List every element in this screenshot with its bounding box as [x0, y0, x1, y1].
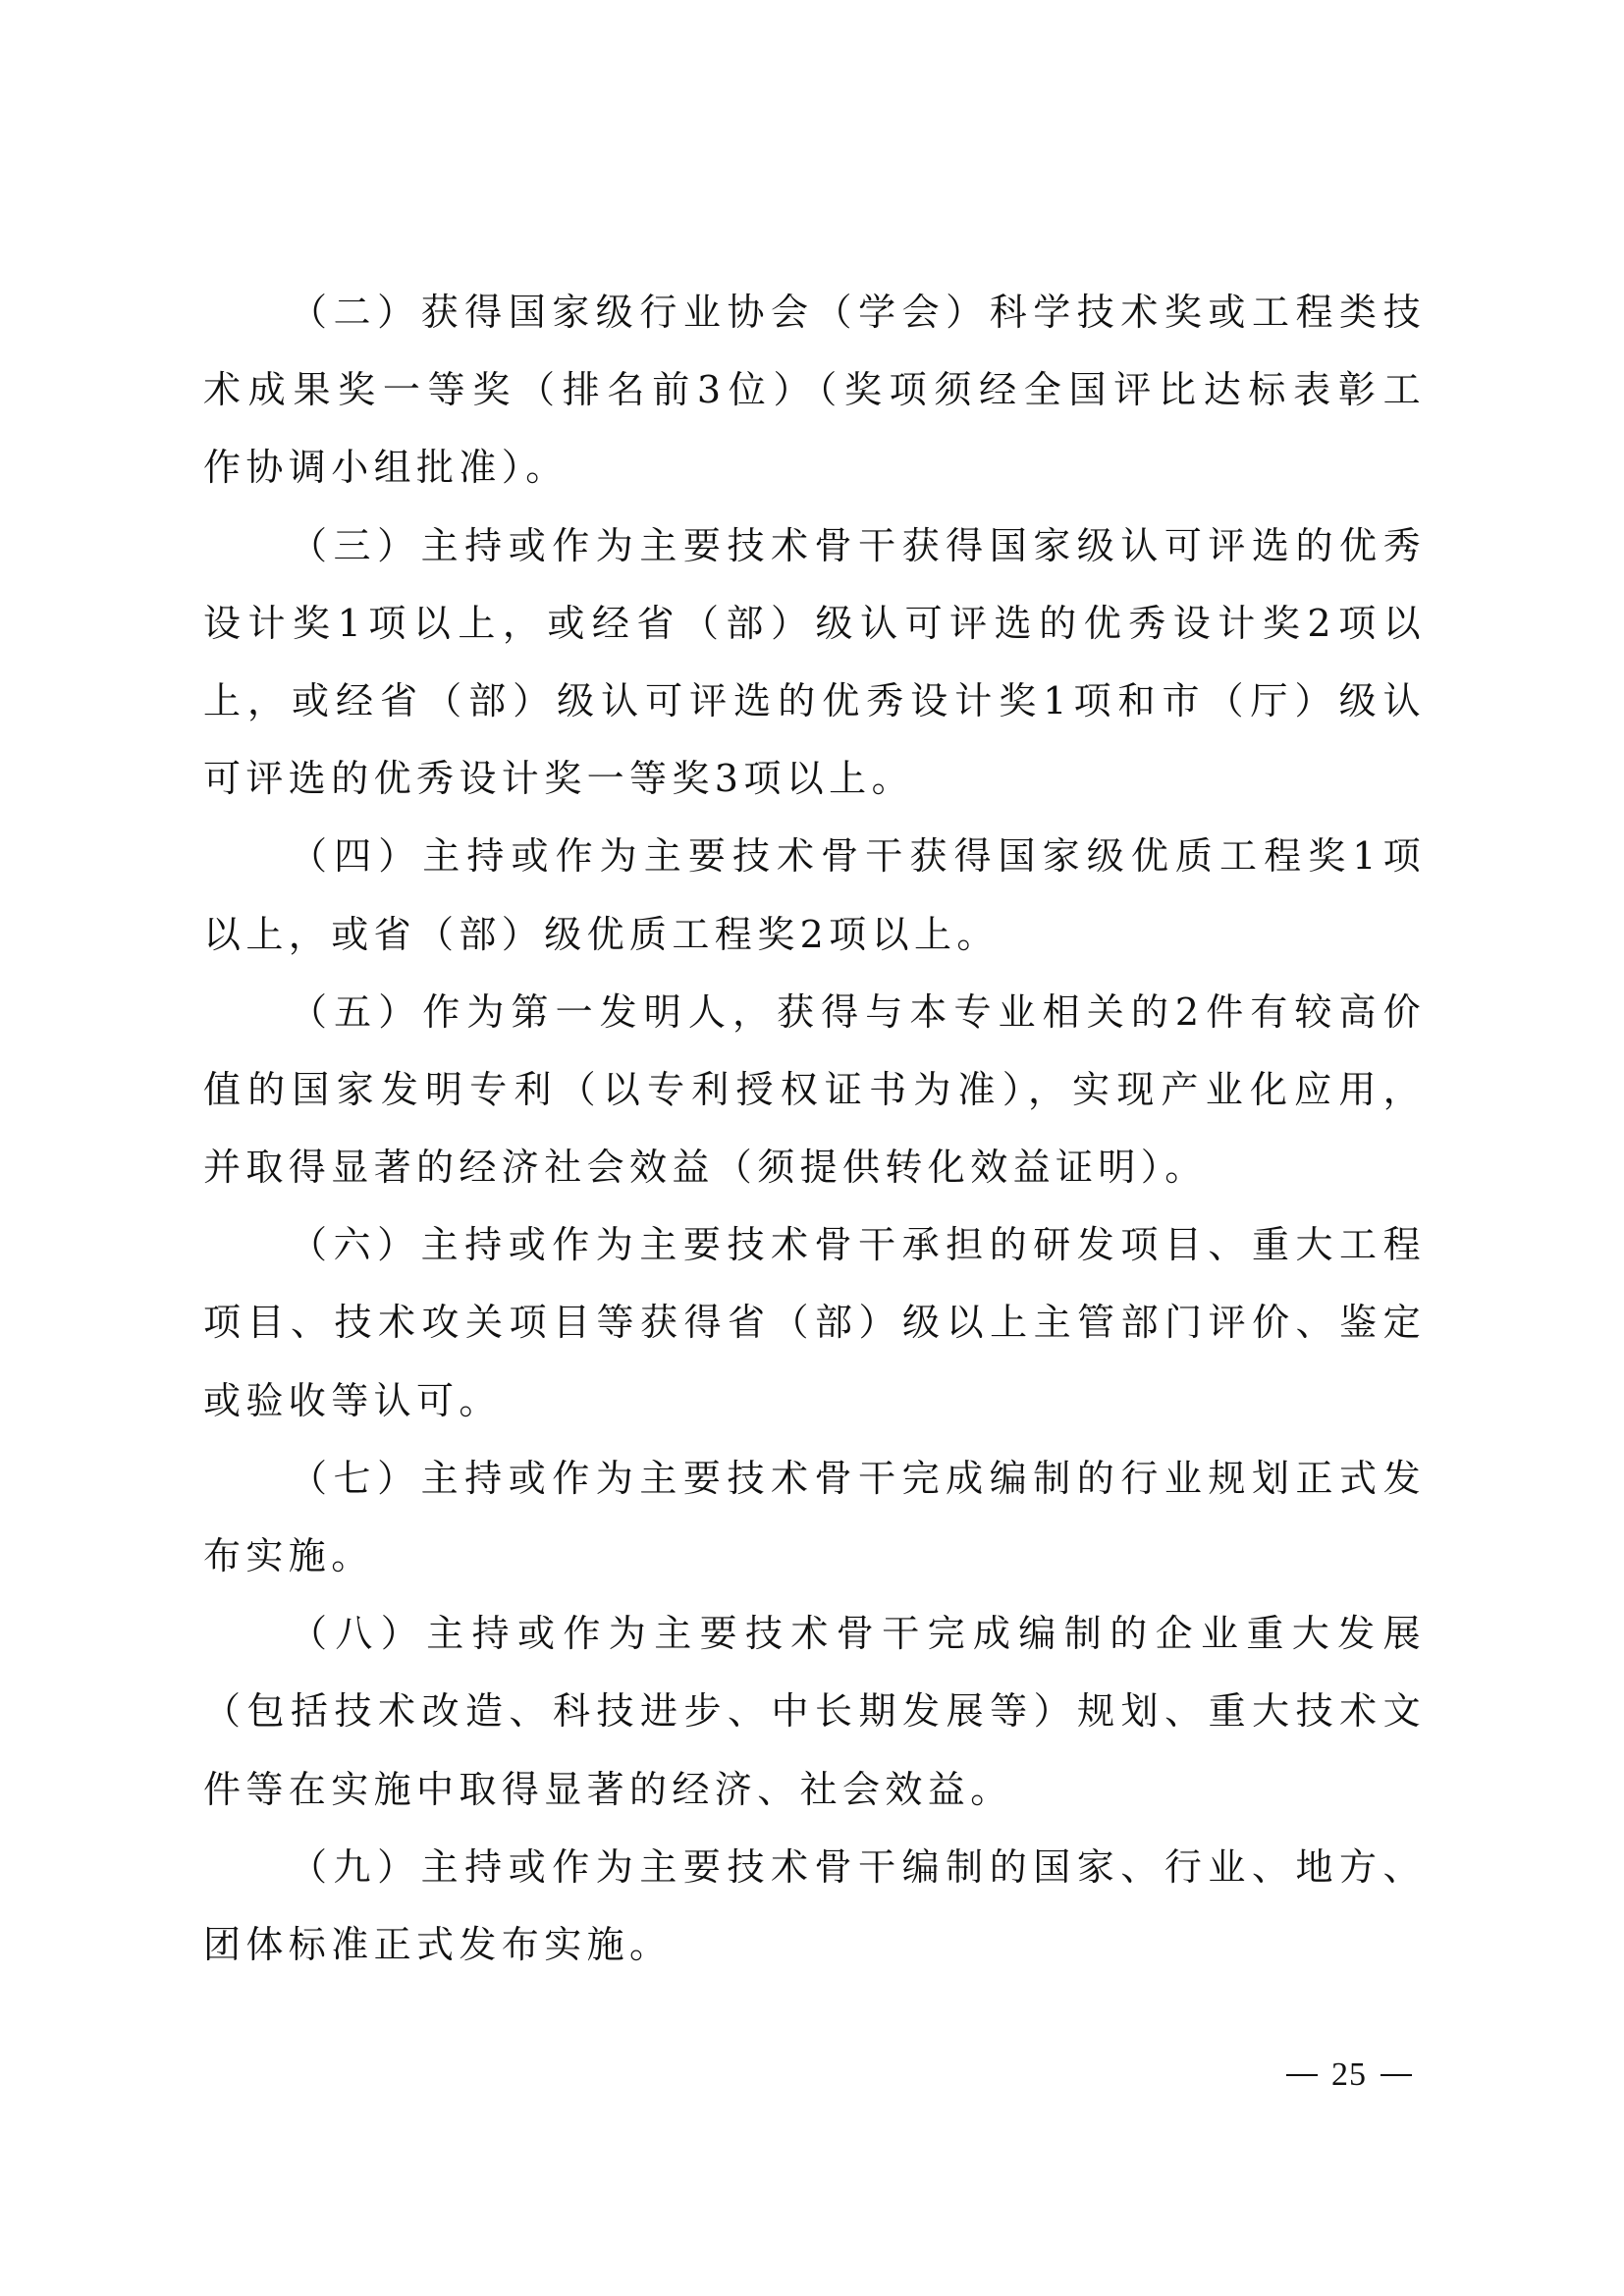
text-line: （五）作为第一发明人，获得与本专业相关的2件有较高价: [203, 984, 1426, 1061]
paragraph-item-4: （四）主持或作为主要技术骨干获得国家级优质工程奖1项 以上，或省（部）级优质工程…: [203, 828, 1426, 983]
text-line: 件等在实施中取得显著的经济、社会效益。: [203, 1761, 1426, 1839]
text-line: 可评选的优秀设计奖一等奖3项以上。: [203, 750, 1426, 828]
page-number-value: 25: [1331, 2056, 1367, 2093]
text-line: （三）主持或作为主要技术骨干获得国家级认可评选的优秀: [203, 517, 1426, 595]
text-line: （八）主持或作为主要技术骨干完成编制的企业重大发展: [203, 1605, 1426, 1682]
text-line: 并取得显著的经济社会效益（须提供转化效益证明）。: [203, 1139, 1426, 1216]
text-line: 设计奖1项以上，或经省（部）级认可评选的优秀设计奖2项以: [203, 595, 1426, 672]
text-line: 上，或经省（部）级认可评选的优秀设计奖1项和市（厅）级认: [203, 672, 1426, 750]
text-line: 以上，或省（部）级优质工程奖2项以上。: [203, 906, 1426, 984]
paragraph-item-3: （三）主持或作为主要技术骨干获得国家级认可评选的优秀 设计奖1项以上，或经省（部…: [203, 517, 1426, 828]
text-line: 作协调小组批准）。: [203, 439, 1426, 516]
text-line: （七）主持或作为主要技术骨干完成编制的行业规划正式发: [203, 1450, 1426, 1527]
paragraph-item-9: （九）主持或作为主要技术骨干编制的国家、行业、地方、 团体标准正式发布实施。: [203, 1839, 1426, 1994]
paragraph-item-7: （七）主持或作为主要技术骨干完成编制的行业规划正式发 布实施。: [203, 1450, 1426, 1605]
document-body: （二）获得国家级行业协会（学会）科学技术奖或工程类技 术成果奖一等奖（排名前3位…: [203, 284, 1426, 1994]
paragraph-item-8: （八）主持或作为主要技术骨干完成编制的企业重大发展 （包括技术改造、科技进步、中…: [203, 1605, 1426, 1839]
text-line: （二）获得国家级行业协会（学会）科学技术奖或工程类技: [203, 284, 1426, 361]
dash-right-decoration: [1380, 2074, 1412, 2076]
text-line: （四）主持或作为主要技术骨干获得国家级优质工程奖1项: [203, 828, 1426, 905]
paragraph-item-6: （六）主持或作为主要技术骨干承担的研发项目、重大工程 项目、技术攻关项目等获得省…: [203, 1216, 1426, 1450]
paragraph-item-2: （二）获得国家级行业协会（学会）科学技术奖或工程类技 术成果奖一等奖（排名前3位…: [203, 284, 1426, 517]
text-line: （包括技术改造、科技进步、中长期发展等）规划、重大技术文: [203, 1682, 1426, 1760]
text-line: 或验收等认可。: [203, 1372, 1426, 1450]
text-line: （六）主持或作为主要技术骨干承担的研发项目、重大工程: [203, 1216, 1426, 1294]
text-line: 团体标准正式发布实施。: [203, 1916, 1426, 1994]
dash-left-decoration: [1286, 2074, 1318, 2076]
text-line: 布实施。: [203, 1527, 1426, 1605]
paragraph-item-5: （五）作为第一发明人，获得与本专业相关的2件有较高价 值的国家发明专利（以专利授…: [203, 984, 1426, 1217]
document-page: （二）获得国家级行业协会（学会）科学技术奖或工程类技 术成果奖一等奖（排名前3位…: [0, 0, 1624, 2296]
text-line: 值的国家发明专利（以专利授权证书为准），实现产业化应用，: [203, 1061, 1426, 1139]
text-line: （九）主持或作为主要技术骨干编制的国家、行业、地方、: [203, 1839, 1426, 1916]
page-number: 25: [1272, 2056, 1426, 2094]
text-line: 项目、技术攻关项目等获得省（部）级以上主管部门评价、鉴定: [203, 1294, 1426, 1371]
text-line: 术成果奖一等奖（排名前3位）（奖项须经全国评比达标表彰工: [203, 361, 1426, 439]
